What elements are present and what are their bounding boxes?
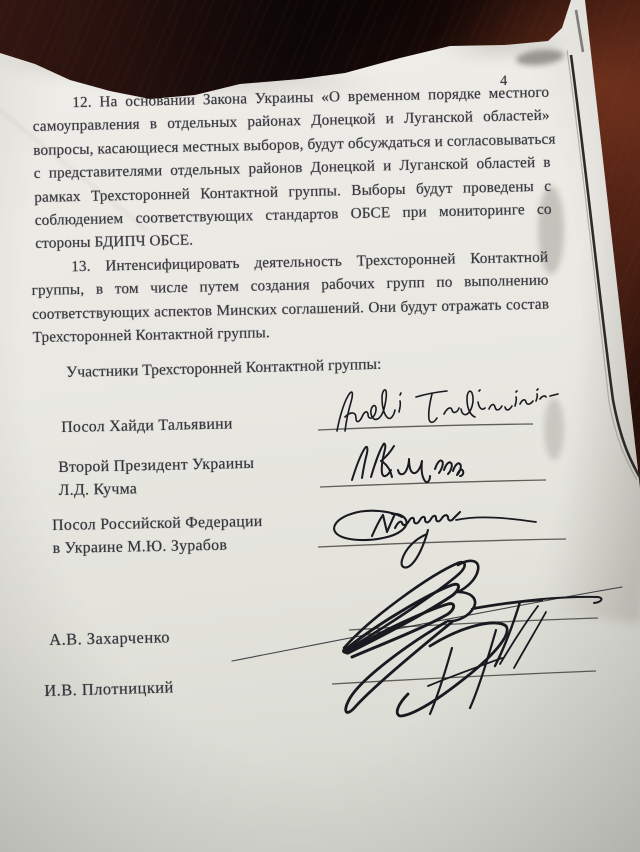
signatory-label-tagliavini: Посол Хайди Тальявини [61,413,233,439]
document-page: 4 12. На основании Закона Украины «О вре… [0,0,640,852]
signatory-label-zurabov: Посол Российской Федерации в Украине М.Ю… [52,511,263,560]
paragraph-13: 13. Интенсифицировать деятельность Трехс… [31,246,550,350]
signatory-label-plotnitsky: И.В. Плотницкий [44,676,174,702]
ink-smudge [544,398,564,460]
participants-heading: Участники Трехсторонней Контактной групп… [66,356,382,382]
paragraph-12: 12. На основании Закона Украины «О време… [32,81,552,256]
signatory-label-zakharchenko: А.В. Захарченко [49,626,170,651]
signatory-label-kuchma: Второй Президент Украины Л.Д. Кучма [58,453,255,502]
